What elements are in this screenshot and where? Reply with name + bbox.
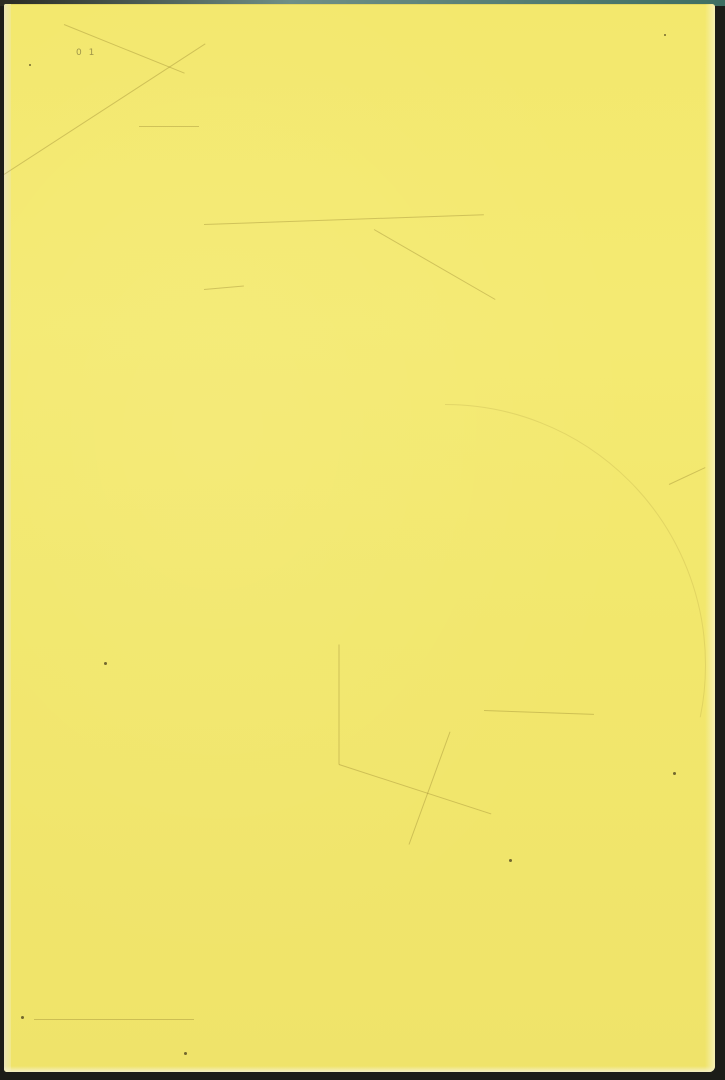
pencil-mark: 0 1 [76, 48, 96, 58]
speck [21, 1016, 24, 1019]
scratch [4, 43, 206, 175]
crease-arc [184, 404, 706, 926]
scanned-page: 0 1 [0, 0, 725, 1080]
speck [664, 34, 666, 36]
scratch [204, 214, 484, 225]
scratch [34, 1019, 194, 1020]
speck [29, 64, 31, 66]
scratch [374, 229, 496, 300]
speck [184, 1052, 187, 1055]
scratch [669, 467, 706, 485]
scratch [339, 764, 491, 814]
cover-bottom-edge [4, 1066, 715, 1072]
scratch [339, 645, 340, 765]
scratch [139, 126, 199, 127]
cover-right-edge [705, 4, 715, 1072]
scratch [204, 286, 244, 290]
speck [509, 859, 512, 862]
cover-left-edge [4, 4, 11, 1072]
speck [673, 772, 676, 775]
speck [104, 662, 107, 665]
book-back-cover: 0 1 [4, 4, 715, 1072]
